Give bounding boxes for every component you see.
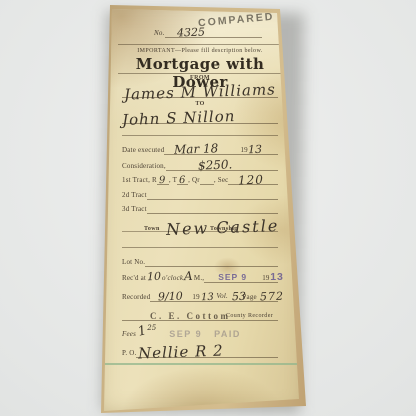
important-note: IMPORTANT—Please fill description below.	[137, 48, 262, 55]
document-number: 4325	[176, 26, 204, 40]
lot-label: Lot No.	[122, 258, 145, 267]
document-number-row: No. 4325	[154, 24, 262, 38]
title-rule	[118, 73, 282, 74]
mortgage-document: COMPARED No. 4325 IMPORTANT—Please fill …	[96, 4, 308, 415]
date-label: Date executed	[122, 146, 164, 155]
consideration-label: Consideration,	[122, 162, 166, 171]
date-row: Date executed Mar 18 19 13	[122, 141, 278, 155]
tract1-r-line: 9	[157, 171, 169, 185]
recorded-date: 9/10	[158, 290, 183, 304]
blank-rule-2	[122, 247, 278, 248]
date-line: Mar 18 19 13	[164, 141, 278, 155]
document-wrap: COMPARED No. 4325 IMPORTANT—Please fill …	[96, 4, 308, 415]
tract1-sec-line: 120	[228, 171, 278, 185]
fees-label: Fees	[122, 330, 136, 339]
fees-row: Fees 1 25 SEP 9 PAID	[122, 324, 278, 339]
tract1-row: 1st Tract, R 9 , T 6 , Qr , Sec 120	[122, 171, 278, 185]
green-rule	[100, 363, 302, 365]
recd-line: SEP 9 19 13	[204, 269, 278, 283]
tract1-label: 1st Tract, R	[122, 176, 157, 185]
tract1-qr-label: , Qr	[188, 176, 200, 185]
tract1-sec-label: , Sec	[214, 176, 229, 185]
page-value: 572	[260, 290, 284, 304]
vol-label: Vol.	[216, 292, 228, 301]
tract1-t-label: , T	[169, 176, 177, 185]
recorded-row: Recorded 9/10 19 13 Vol. 53 Page 572	[122, 288, 278, 302]
grantee-name: John S Nillon	[122, 107, 236, 129]
no-line: 4325	[165, 24, 262, 38]
no-label: No.	[154, 29, 165, 38]
po-value: Nellie R 2	[138, 342, 224, 363]
paid-stamp: PAID	[214, 329, 241, 339]
recd-time: 10	[147, 270, 161, 283]
consideration-line: $250.	[166, 157, 278, 171]
recd-meridiem: A	[184, 269, 193, 283]
divider-rule	[118, 44, 282, 45]
recorded-year-printed: 19	[192, 293, 199, 302]
township-label: Township	[210, 226, 238, 233]
from-line: James M Williams	[122, 80, 278, 98]
to-row: John S Nillon	[122, 105, 278, 124]
consideration-row: Consideration, $250.	[122, 157, 278, 171]
m-label: M.,	[194, 274, 204, 283]
po-line: Nellie R 2	[136, 340, 278, 358]
tract1-qr-line	[200, 171, 214, 185]
photo-background: COMPARED No. 4325 IMPORTANT—Please fill …	[0, 0, 416, 416]
tract1-r-value: 9	[159, 175, 166, 186]
date-year-printed: 19	[240, 146, 247, 155]
po-label: P. O.	[122, 349, 136, 358]
date-value: Mar 18	[174, 141, 219, 157]
tract2-line	[147, 186, 278, 200]
received-row: Rec'd at 10 o'clock A M., SEP 9 19 13	[122, 269, 278, 283]
po-row: P. O. Nellie R 2	[122, 340, 278, 358]
recorder-signature-stamp: C. E. Cottom	[150, 311, 231, 321]
from-row: James M Williams	[122, 80, 278, 98]
to-line: John S Nillon	[122, 105, 278, 124]
recorder-line: C. E. Cottom County Recorder	[122, 307, 278, 321]
page-label: Page	[242, 293, 256, 302]
oclock-label: o'clock	[162, 274, 183, 283]
received-date-stamp-month: SEP 9	[218, 272, 247, 282]
tract1-t-line: 6	[177, 171, 188, 185]
recorded-line: 9/10 19 13 Vol. 53 Page 572	[150, 288, 278, 302]
date-year-hand: 13	[248, 143, 262, 156]
tract1-t-value: 6	[179, 175, 186, 186]
fees-cents: 25	[147, 324, 156, 332]
important-row: IMPORTANT—Please fill description below.	[122, 48, 278, 55]
paid-stamp-month: SEP 9	[169, 329, 202, 339]
recd-year-printed: 19	[262, 274, 269, 283]
received-date-stamp-year: 13	[270, 271, 284, 283]
recorded-label: Recorded	[122, 293, 150, 302]
tract2-row: 2d Tract	[122, 186, 278, 200]
recorder-row: C. E. Cottom County Recorder	[122, 307, 278, 321]
recd-label: Rec'd at	[122, 274, 146, 283]
county-recorder-label: County Recorder	[226, 313, 273, 320]
tract2-label: 2d Tract	[122, 191, 147, 200]
lot-row: Lot No.	[122, 253, 278, 267]
lot-line	[145, 253, 278, 267]
blank-rule-1	[122, 135, 278, 136]
recorded-year-hand: 13	[201, 292, 214, 303]
town-label: Town	[144, 226, 160, 233]
